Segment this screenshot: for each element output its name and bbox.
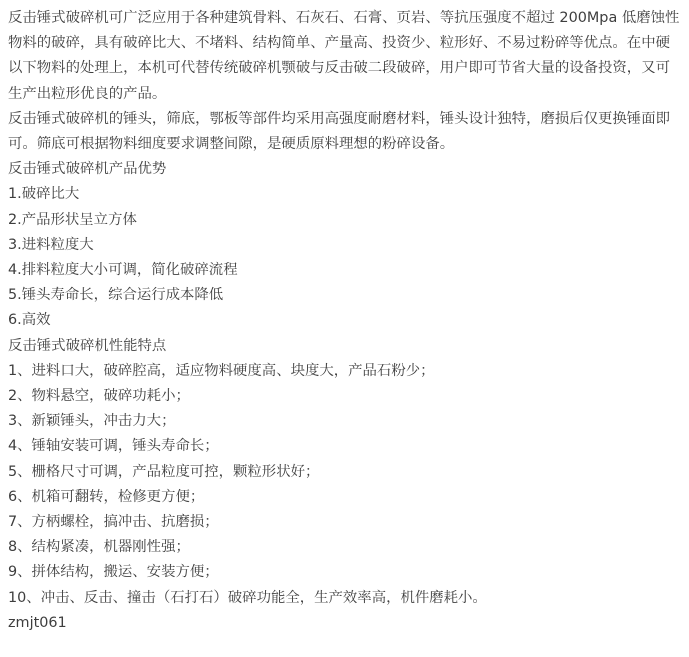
parts-paragraph: 反击锤式破碎机的锤头，筛底，鄂板等部件均采用高强度耐磨材料，锤头设计独特，磨损后… — [8, 107, 681, 157]
text-line: 以下物料的处理上，本机可代替传统破碎机颚破与反击破二段破碎，用户即可节省大量的设… — [8, 56, 681, 81]
text-line: 物料的破碎，具有破碎比大、不堵料、结构简单、产量高、投资少、粒形好、不易过粉碎等… — [8, 31, 681, 56]
footer-code: zmjt061 — [8, 611, 681, 636]
list-item: 8、结构紧凑，机器刚性强； — [8, 535, 681, 560]
features-section: 反击锤式破碎机性能特点 1、进料口大，破碎腔高，适应物料硬度高、块度大，产品石粉… — [8, 334, 681, 611]
text-line: 生产出粒形优良的产品。 — [8, 82, 681, 107]
list-item: 6.高效 — [8, 308, 681, 333]
list-item: 5.锤头寿命长，综合运行成本降低 — [8, 283, 681, 308]
text-line: 反击锤式破碎机的锤头，筛底，鄂板等部件均采用高强度耐磨材料，锤头设计独特，磨损后… — [8, 107, 681, 132]
footer-code-paragraph: zmjt061 — [8, 611, 681, 636]
list-item: 2.产品形状呈立方体 — [8, 208, 681, 233]
list-item: 2、物料悬空，破碎功耗小； — [8, 384, 681, 409]
list-item: 1、进料口大，破碎腔高，适应物料硬度高、块度大，产品石粉少； — [8, 359, 681, 384]
advantages-section: 反击锤式破碎机产品优势 1.破碎比大 2.产品形状呈立方体 3.进料粒度大 4.… — [8, 157, 681, 333]
intro-paragraph: 反击锤式破碎机可广泛应用于各种建筑骨料、石灰石、石膏、页岩、等抗压强度不超过 2… — [8, 6, 681, 107]
list-item: 1.破碎比大 — [8, 182, 681, 207]
document-body: 反击锤式破碎机可广泛应用于各种建筑骨料、石灰石、石膏、页岩、等抗压强度不超过 2… — [0, 0, 689, 636]
features-heading: 反击锤式破碎机性能特点 — [8, 334, 681, 359]
list-item: 3、新颖锤头，冲击力大； — [8, 409, 681, 434]
list-item: 4.排料粒度大小可调，简化破碎流程 — [8, 258, 681, 283]
text-line: 可。筛底可根据物料细度要求调整间隙，是硬质原料理想的粉碎设备。 — [8, 132, 681, 157]
list-item: 4、锤轴安装可调，锤头寿命长； — [8, 434, 681, 459]
list-item: 7、方柄螺栓，搞冲击、抗磨损； — [8, 510, 681, 535]
advantages-heading: 反击锤式破碎机产品优势 — [8, 157, 681, 182]
list-item: 6、机箱可翻转，检修更方便； — [8, 485, 681, 510]
list-item: 5、栅格尺寸可调，产品粒度可控，颗粒形状好； — [8, 460, 681, 485]
text-line: 反击锤式破碎机可广泛应用于各种建筑骨料、石灰石、石膏、页岩、等抗压强度不超过 2… — [8, 6, 681, 31]
list-item: 9、拼体结构，搬运、安装方便； — [8, 560, 681, 585]
list-item: 10、冲击、反击、撞击（石打石）破碎功能全，生产效率高，机件磨耗小。 — [8, 586, 681, 611]
list-item: 3.进料粒度大 — [8, 233, 681, 258]
